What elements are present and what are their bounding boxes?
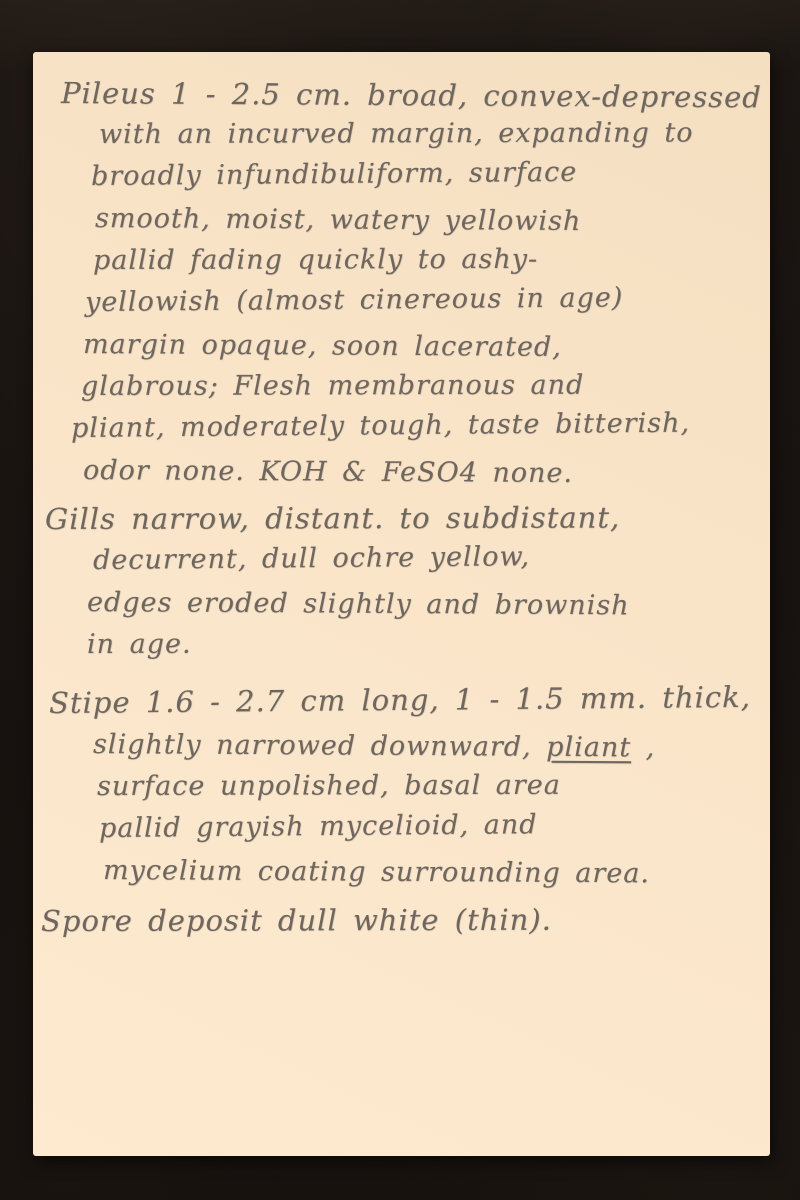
index-card: Pileus 1 - 2.5 cm. broad, convex-depress… [33,52,770,1156]
photo-background: Pileus 1 - 2.5 cm. broad, convex-depress… [0,0,800,1200]
handwritten-line: margin opaque, soon lacerated, [83,324,770,370]
handwritten-line: in age. [87,622,770,666]
handwritten-line-stipe-start: Stipe 1.6 - 2.7 cm long, 1 - 1.5 mm. thi… [49,676,770,724]
handwritten-line: odor none. KOH & FeSO4 none. [83,450,770,496]
handwritten-line: with an incurved margin, expanding to [99,112,770,156]
line-segment: , [631,732,655,763]
handwritten-line-pileus-start: Pileus 1 - 2.5 cm. broad, convex-depress… [61,72,770,118]
handwritten-line-gills-start: Gills narrow, distant. to subdistant, [45,496,770,540]
handwritten-line: glabrous; Flesh membranous and [81,364,770,408]
handwritten-line: broadly infundibuliform, surface [91,150,770,198]
handwritten-line: pallid grayish mycelioid, and [99,802,770,850]
handwritten-line: pliant, moderately tough, taste bitteris… [71,402,770,450]
handwritten-line: edges eroded slightly and brownish [87,582,770,628]
handwritten-line: mycelium coating surrounding area. [103,850,770,896]
handwritten-line-spore-start: Spore deposit dull white (thin). [41,898,770,942]
line-segment: slightly narrowed downward, [93,729,546,763]
handwritten-line: decurrent, dull ochre yellow, [93,534,770,582]
underlined-word-pliant: pliant [546,732,631,764]
handwritten-line: smooth, moist, watery yellowish [95,198,770,244]
handwritten-line: yellowish (almost cinereous in age) [85,276,770,324]
handwritten-line: slightly narrowed downward, pliant , [93,724,770,770]
handwritten-line: surface unpolished, basal area [97,764,770,808]
handwritten-line: pallid fading quickly to ashy- [93,238,770,282]
